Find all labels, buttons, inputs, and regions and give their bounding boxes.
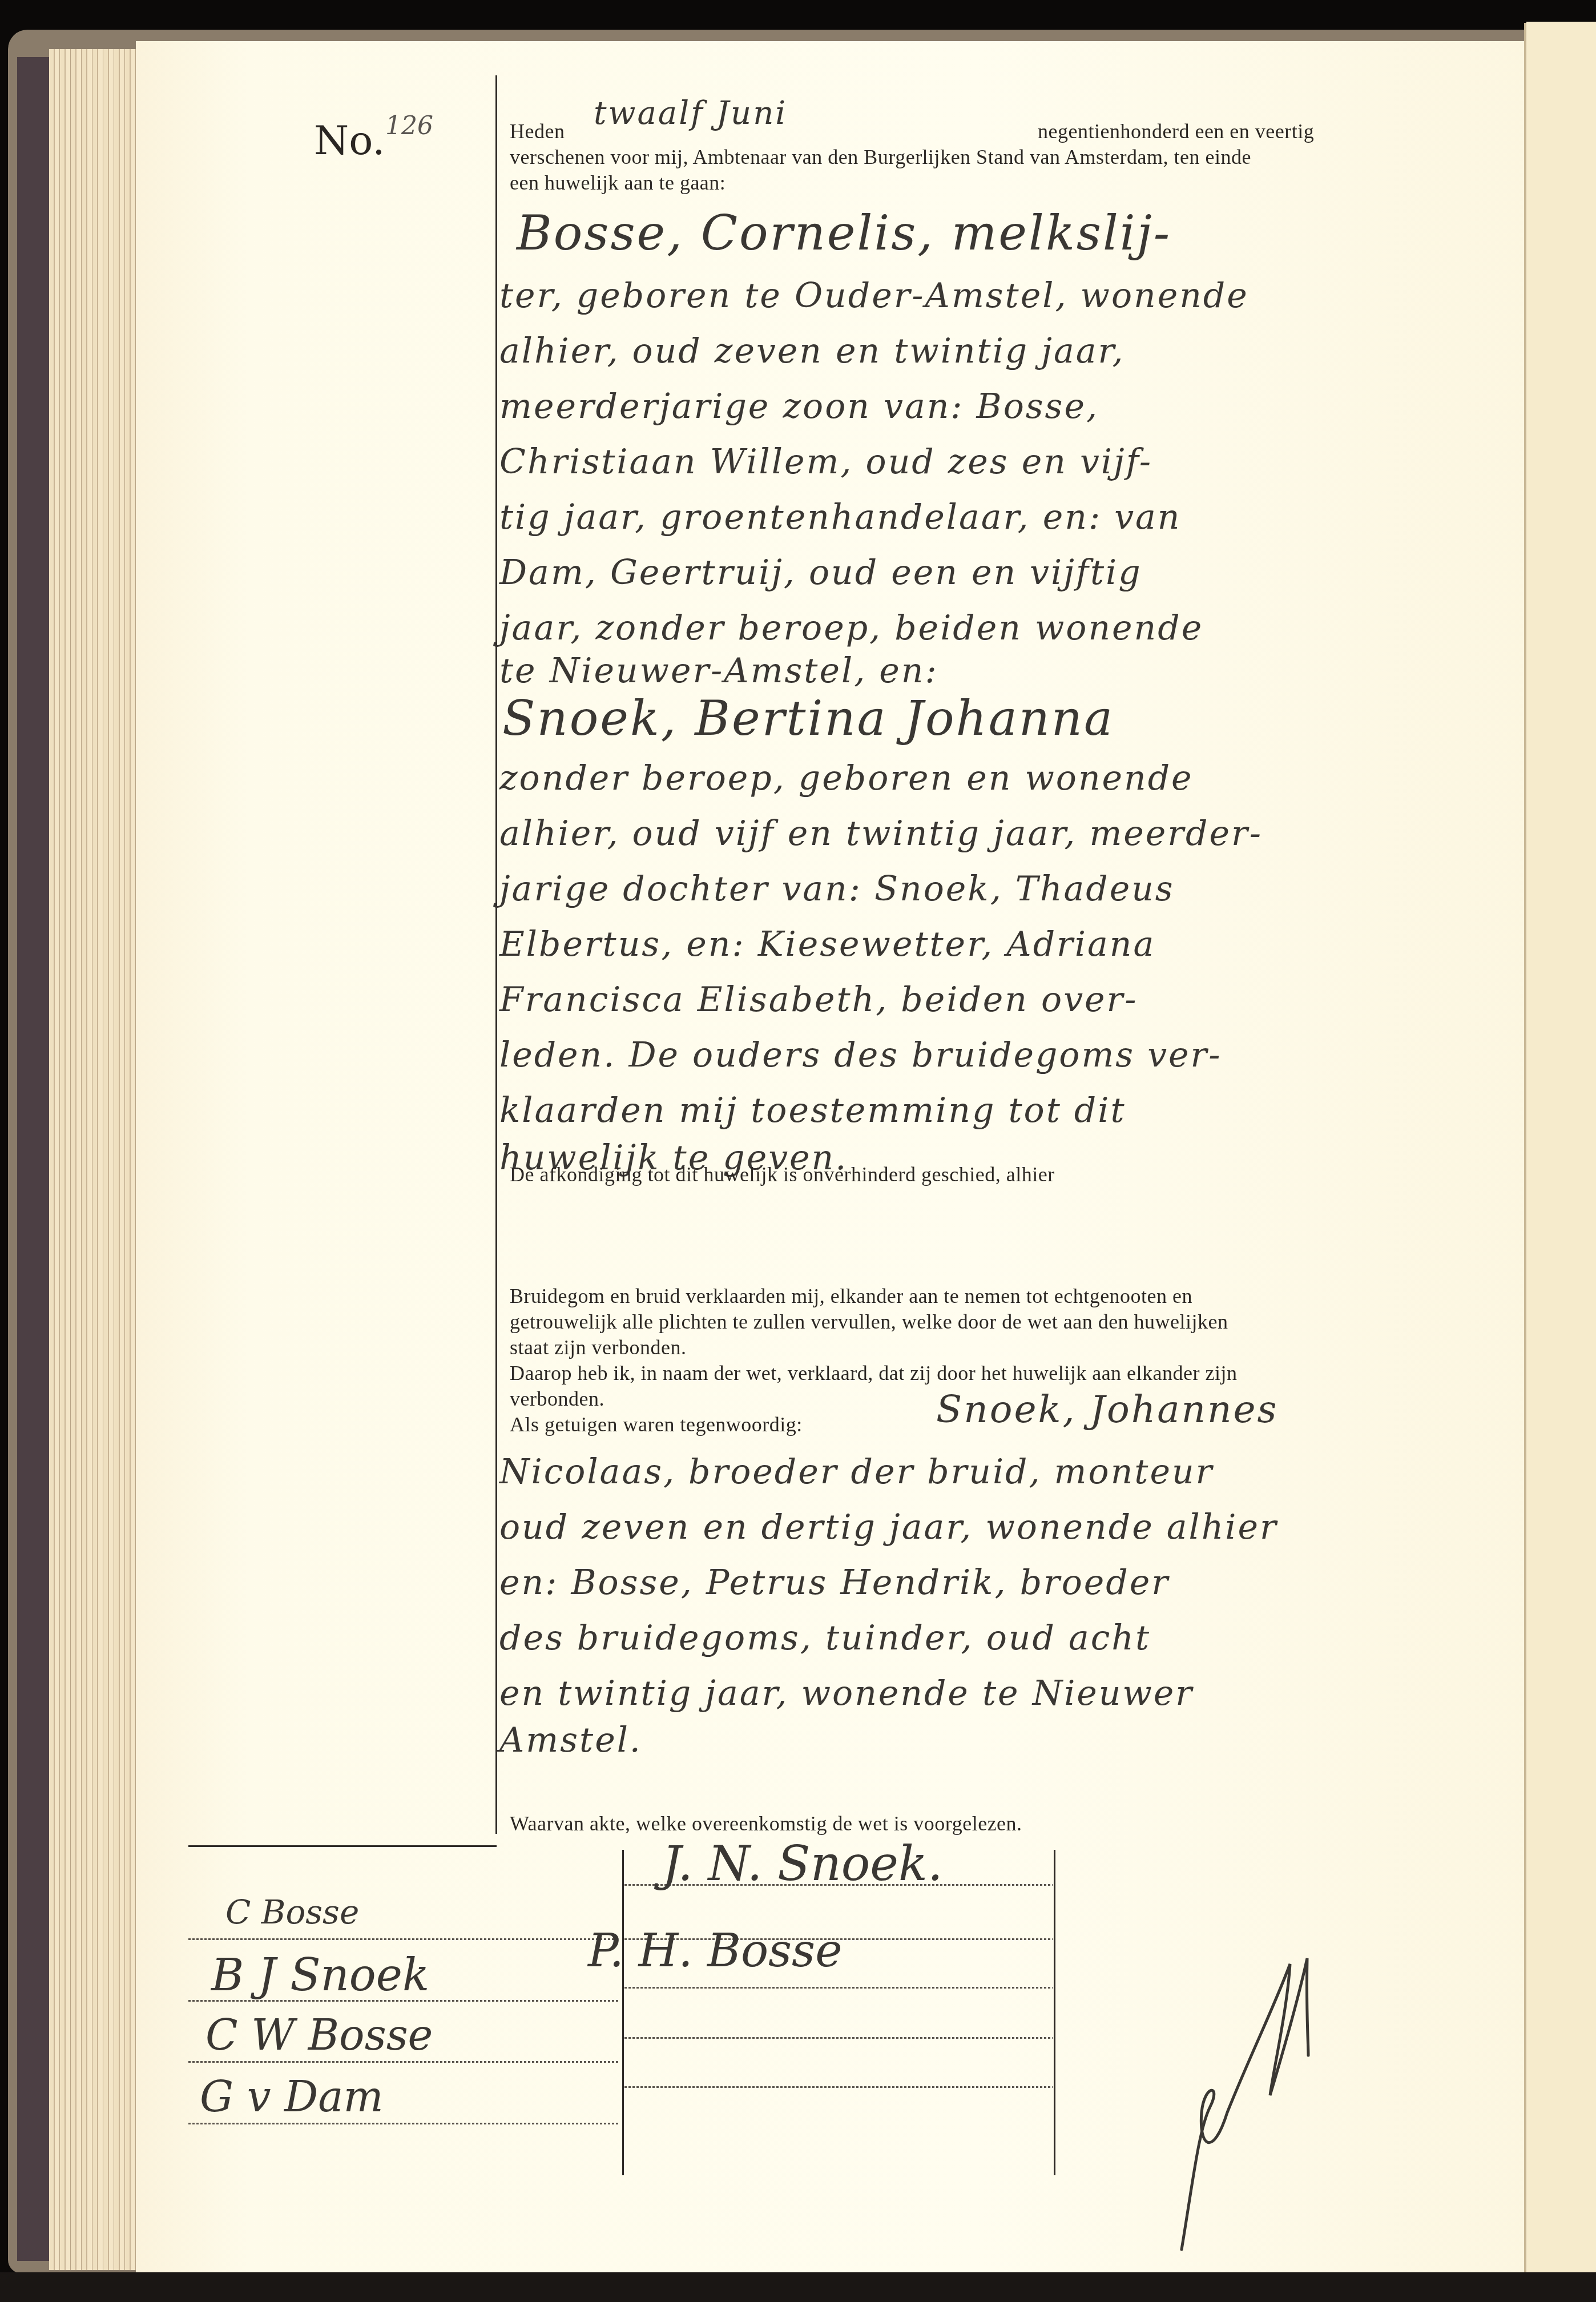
witness-line: oud zeven en dertig jaar, wonende alhier (499, 1500, 1278, 1555)
signature-witness-2: P. H. Bosse (588, 1924, 843, 1977)
signature-column-left-rule (622, 1850, 624, 2175)
bride-line: zonder beroep, geboren en wonende (499, 751, 1194, 806)
marriage-year: negentienhonderd een en veertig (1038, 119, 1314, 144)
signature-bride: B J Snoek (211, 1950, 429, 2001)
signature-groom-father: C W Bosse (205, 2011, 433, 2060)
heden-label: Heden (510, 119, 565, 144)
groom-line: ter, geboren te Ouder-Amstel, wonende (499, 268, 1249, 324)
facing-page-edge (1526, 22, 1596, 2273)
groom-line: meerderjarige zoon van: Bosse, (499, 379, 1099, 434)
signature-line (188, 2061, 620, 2063)
signature-groom: C Bosse (225, 1893, 359, 1931)
marriage-date: twaalf Juni (594, 86, 787, 141)
bride-line: alhier, oud vijf en twintig jaar, meerde… (499, 806, 1263, 862)
bottom-binding (0, 2272, 1596, 2302)
bride-line: Francisca Elisabeth, beiden over- (499, 972, 1138, 1028)
bride-line: Snoek, Bertina Johanna (502, 691, 1114, 751)
bride-line: jarige dochter van: Snoek, Thadeus (499, 862, 1175, 917)
signature-line (188, 1938, 620, 1940)
bride-line: Elbertus, en: Kiesewetter, Adriana (499, 917, 1155, 972)
signature-line (624, 2037, 1053, 2039)
groom-line: tig jaar, groentenhandelaar, en: van (499, 490, 1181, 545)
signature-line (624, 1987, 1053, 1989)
witness-line: en: Bosse, Petrus Hendrik, broeder (499, 1555, 1170, 1611)
official-signature-icon (1159, 1941, 1398, 2261)
signature-column-right-rule (1054, 1850, 1055, 2175)
declaration-line: staat zijn verbonden. (510, 1335, 686, 1361)
signature-witness-1: J. N. Snoek. (662, 1836, 943, 1891)
signature-line (624, 2086, 1053, 2088)
witness-line: Nicolaas, broeder der bruid, monteur (499, 1444, 1214, 1500)
closing-statement: Waarvan akte, welke overeenkomstig de we… (510, 1811, 1022, 1837)
signature-groom-mother: G v Dam (200, 2072, 384, 2122)
appearance-statement: verschenen voor mij, Ambtenaar van den B… (510, 144, 1251, 170)
groom-line: Christiaan Willem, oud zes en vijf- (499, 434, 1152, 490)
proclamation-statement: De afkondiging tot dit huwelijk is onver… (510, 1162, 1055, 1188)
bride-line: leden. De ouders des bruidegoms ver- (499, 1028, 1222, 1083)
declaration-line: verbonden. (510, 1386, 604, 1412)
declaration-line: getrouwelijk alle plichten te zullen ver… (510, 1309, 1228, 1335)
witnesses-label: Als getuigen waren tegenwoordig: (510, 1412, 803, 1438)
book-spine-cloth (17, 57, 51, 2261)
witness-line: des bruidegoms, tuinder, oud acht (499, 1611, 1151, 1666)
marriage-purpose: een huwelijk aan te gaan: (510, 170, 726, 196)
record-number-label: No. (314, 117, 385, 164)
groom-line: alhier, oud zeven en twintig jaar, (499, 324, 1125, 379)
record-number: 126 (385, 111, 433, 140)
page-edges (49, 49, 136, 2270)
declaration-line: Bruidegom en bruid verklaarden mij, elka… (510, 1283, 1192, 1309)
witness-line: Snoek, Johannes (936, 1382, 1278, 1437)
groom-line: Dam, Geertruij, oud een en vijftig (499, 545, 1142, 601)
form-column-divider (495, 75, 497, 1834)
signature-line (188, 2123, 620, 2124)
witness-line: Amstel. (499, 1713, 642, 1768)
groom-line: Bosse, Cornelis, melkslij- (517, 206, 1171, 266)
form-bottom-rule (188, 1845, 497, 1847)
